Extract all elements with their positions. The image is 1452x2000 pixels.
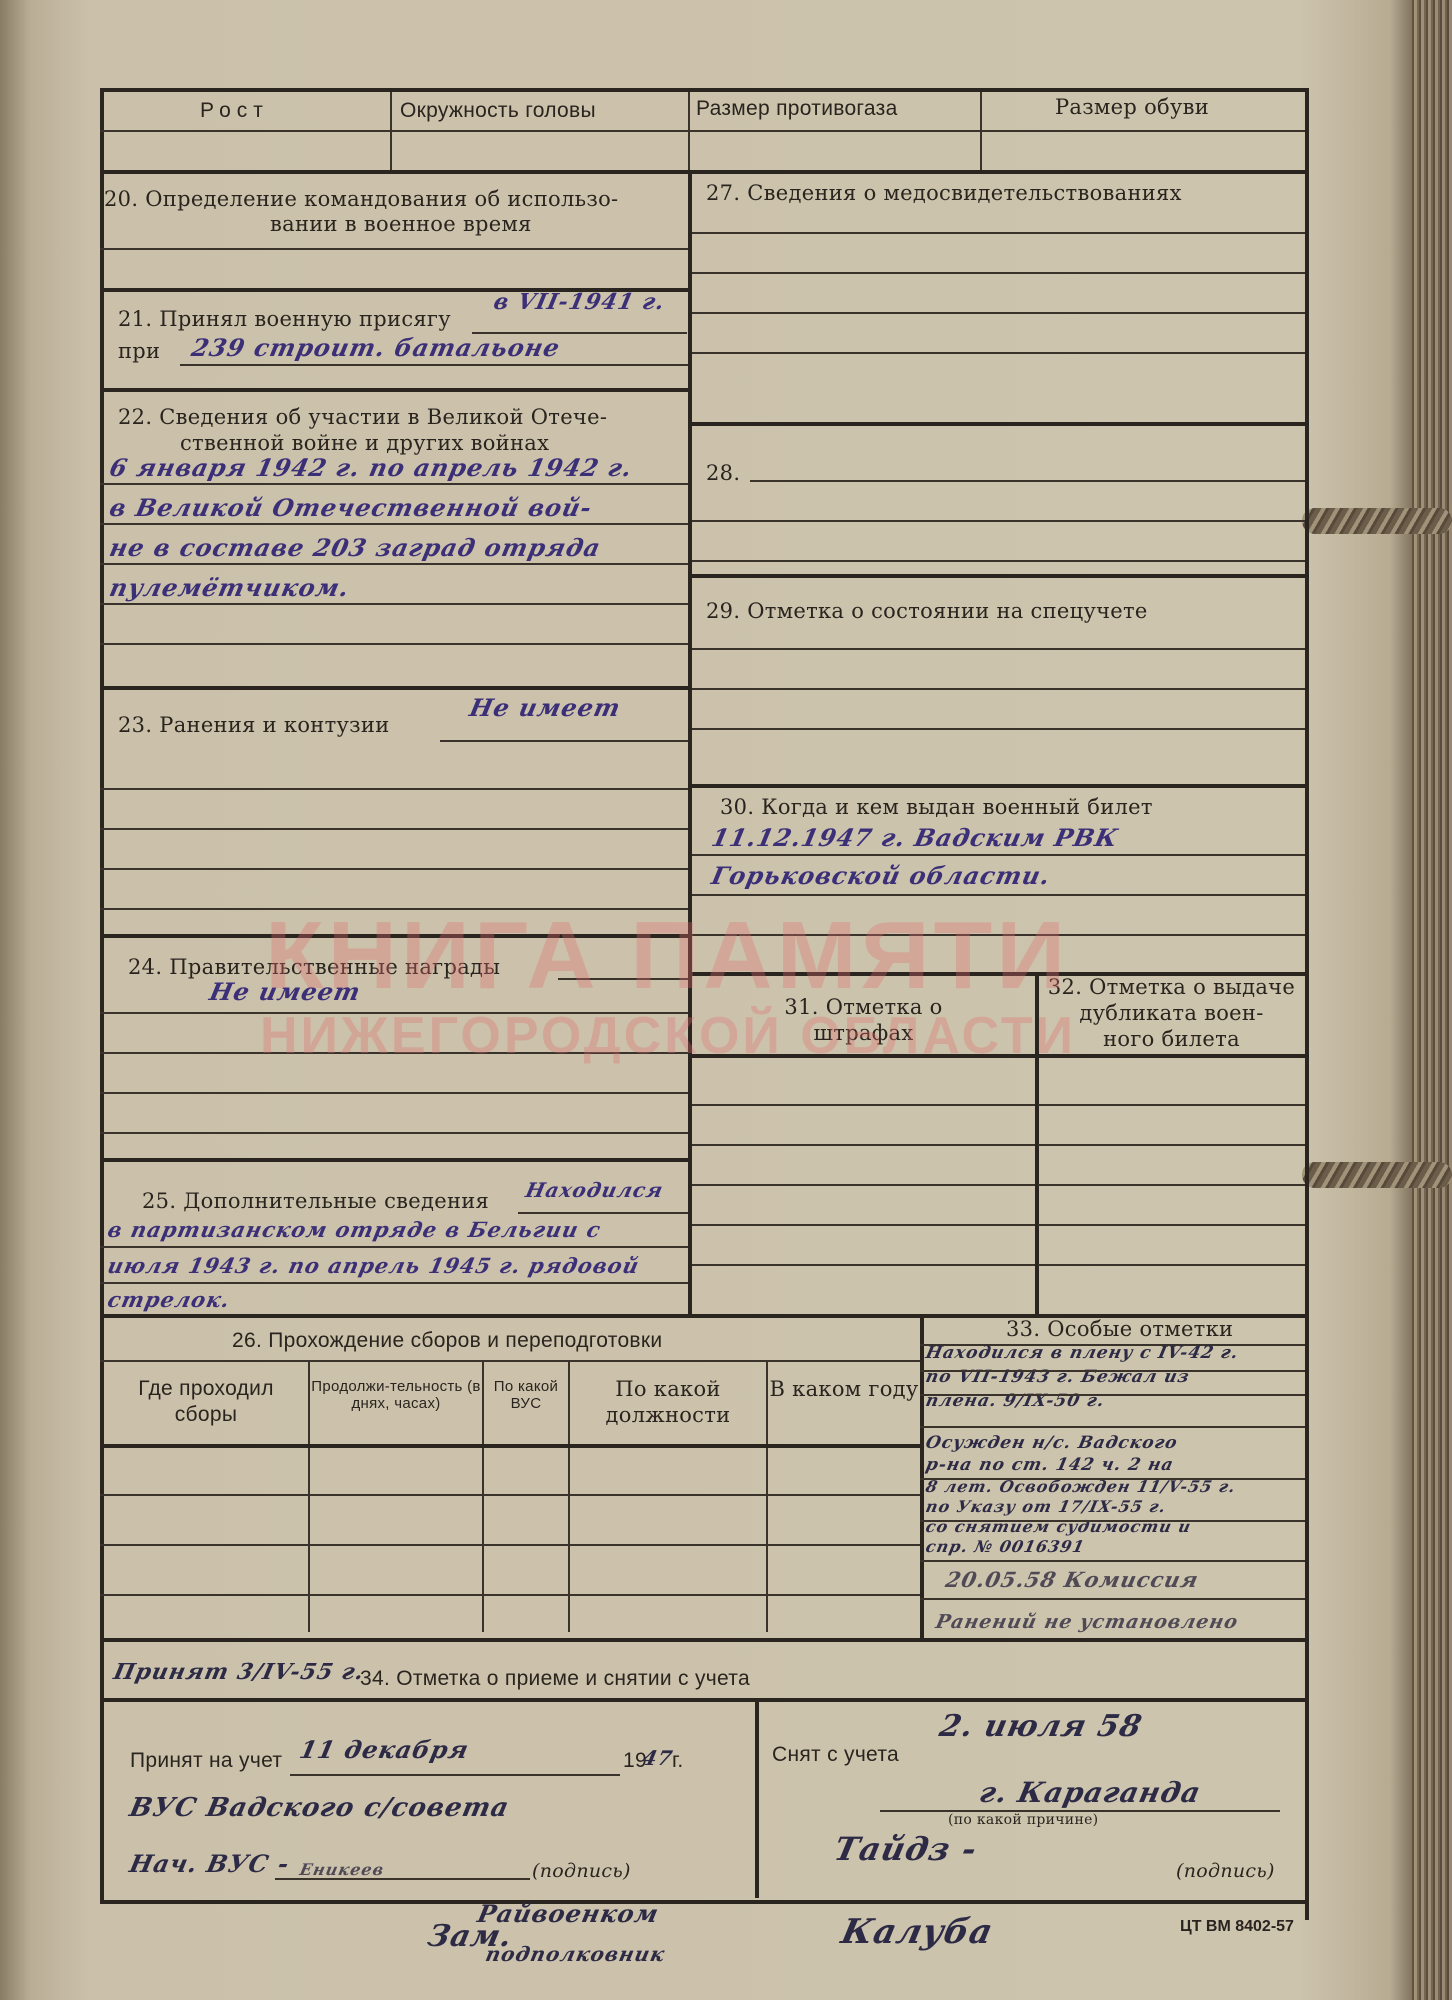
s24-value[interactable]: Не имеет (207, 978, 363, 1006)
s32-label-line2: дубликата воен- (1038, 1000, 1305, 1026)
accepted-label: Принят на учет (130, 1748, 282, 1774)
s28-label: 28. (706, 460, 740, 486)
s26-col-year: В каком году (768, 1376, 920, 1402)
s26-col-vus: По какой ВУС (484, 1378, 568, 1412)
military-record-form: Рост Окружность головы Размер противогаз… (100, 88, 1315, 1918)
s23-value[interactable]: Не имеет (467, 694, 623, 722)
s22-line-1[interactable]: 6 января 1942 г. по апрель 1942 г. (107, 454, 635, 482)
column-head-circumference: Окружность головы (400, 98, 596, 124)
s27-label: 27. Сведения о медосвидетельствованиях (706, 180, 1182, 206)
accepted-head[interactable]: Нач. ВУС - (127, 1850, 292, 1878)
s33-line-7[interactable]: по Указу от 17/IX-55 г. (924, 1496, 1169, 1518)
s25-line-4[interactable]: стрелок. (105, 1286, 233, 1314)
s25-label: 25. Дополнительные сведения (142, 1188, 489, 1214)
s25-line-2[interactable]: в партизанском отряде в Бельгии с (105, 1216, 604, 1244)
s30-label: 30. Когда и кем выдан военный билет (720, 794, 1153, 820)
footer-position-line1: Райвоенком (475, 1900, 662, 1928)
s33-line-4[interactable]: Осужден н/с. Вадского (924, 1432, 1180, 1454)
accepted-year[interactable]: 47 (640, 1744, 676, 1772)
s31-label-line1: 31. Отметка о (692, 994, 1035, 1020)
s33-line-10[interactable]: 20.05.58 Комиссия (943, 1566, 1201, 1594)
s34-title: 34. Отметка о приеме и снятии с учета (360, 1666, 750, 1692)
footer-position-line2: подполковник (483, 1940, 668, 1968)
accepted-date[interactable]: 11 декабря (297, 1736, 472, 1764)
print-code: ЦТ ВМ 8402-57 (1180, 1918, 1294, 1936)
column-height: Рост (200, 98, 269, 124)
s20-label-line1: 20. Определение командования об использо… (104, 186, 618, 212)
s29-label: 29. Отметка о состоянии на спецучете (706, 598, 1148, 624)
removed-place[interactable]: г. Караганда (976, 1776, 1204, 1810)
s22-label-line1: 22. Сведения об участии в Великой Отече- (118, 404, 607, 430)
removed-signature-label: (подпись) (1176, 1858, 1275, 1884)
s30-line-1[interactable]: 11.12.1947 г. Вадским РВК (709, 824, 1121, 852)
s21-oath-unit[interactable]: 239 строит. батальоне (189, 334, 563, 362)
footer-signature: Калуба (838, 1912, 997, 1952)
s32-label-line3: ного билета (1038, 1026, 1305, 1052)
book-page-edge (1412, 0, 1452, 2000)
s33-line-9[interactable]: спр. № 0016391 (924, 1536, 1087, 1558)
column-shoe-size: Размер обуви (1055, 94, 1209, 120)
s22-line-3[interactable]: не в составе 203 заград отряда (107, 534, 603, 562)
column-gas-mask-size: Размер противогаза (696, 96, 898, 122)
s32-label-line1: 32. Отметка о выдаче (1038, 974, 1305, 1000)
accepted-signature[interactable]: Еникеев (297, 1856, 387, 1884)
binding-string-top (1302, 508, 1452, 534)
s26-col-position: По какой должности (570, 1376, 766, 1428)
s22-line-4[interactable]: пулемётчиком. (107, 574, 352, 602)
s33-line-1[interactable]: Находился в плену с IV-42 г. (924, 1342, 1241, 1364)
accepted-by[interactable]: ВУС Вадского с/совета (127, 1794, 512, 1822)
accepted-signature-label: (подпись) (532, 1858, 631, 1884)
removed-signature[interactable]: Тайдз - (831, 1830, 981, 1868)
s21-label: 21. Принял военную присягу (118, 306, 451, 332)
reason-label: (по какой причине) (948, 1812, 1098, 1829)
s22-line-2[interactable]: в Великой Отечественной вой- (107, 494, 595, 522)
s21-oath-date[interactable]: в VII-1941 г. (491, 288, 668, 316)
accepted-year-suffix: г. (672, 1748, 684, 1774)
s31-label-line2: штрафах (692, 1020, 1035, 1046)
s33-line-11[interactable]: Ранений не установлено (933, 1608, 1241, 1636)
s26-col-where: Где проходил сборы (104, 1376, 308, 1428)
s33-line-5[interactable]: р-на по ст. 142 ч. 2 на (924, 1454, 1176, 1476)
s26-title: 26. Прохождение сборов и переподготовки (232, 1328, 662, 1354)
s26-col-duration: Продолжи-тельность (в днях, часах) (310, 1378, 482, 1412)
s23-label: 23. Ранения и контузии (118, 712, 390, 738)
s25-line-1[interactable]: Находился (523, 1176, 666, 1204)
s25-line-3[interactable]: июля 1943 г. по апрель 1945 г. рядовой (105, 1252, 642, 1280)
s20-label-line2: вании в военное время (270, 211, 532, 237)
s33-title: 33. Особые отметки (1006, 1316, 1233, 1342)
s34-handwritten-note[interactable]: Принят 3/IV-55 г. (111, 1658, 367, 1686)
removed-label: Снят с учета (772, 1742, 899, 1768)
s21-prefix: при (118, 338, 160, 364)
removed-date[interactable]: 2. июля 58 (936, 1710, 1145, 1744)
s30-line-2[interactable]: Горьковской области. (709, 862, 1053, 890)
binding-string-bottom (1302, 1162, 1452, 1188)
